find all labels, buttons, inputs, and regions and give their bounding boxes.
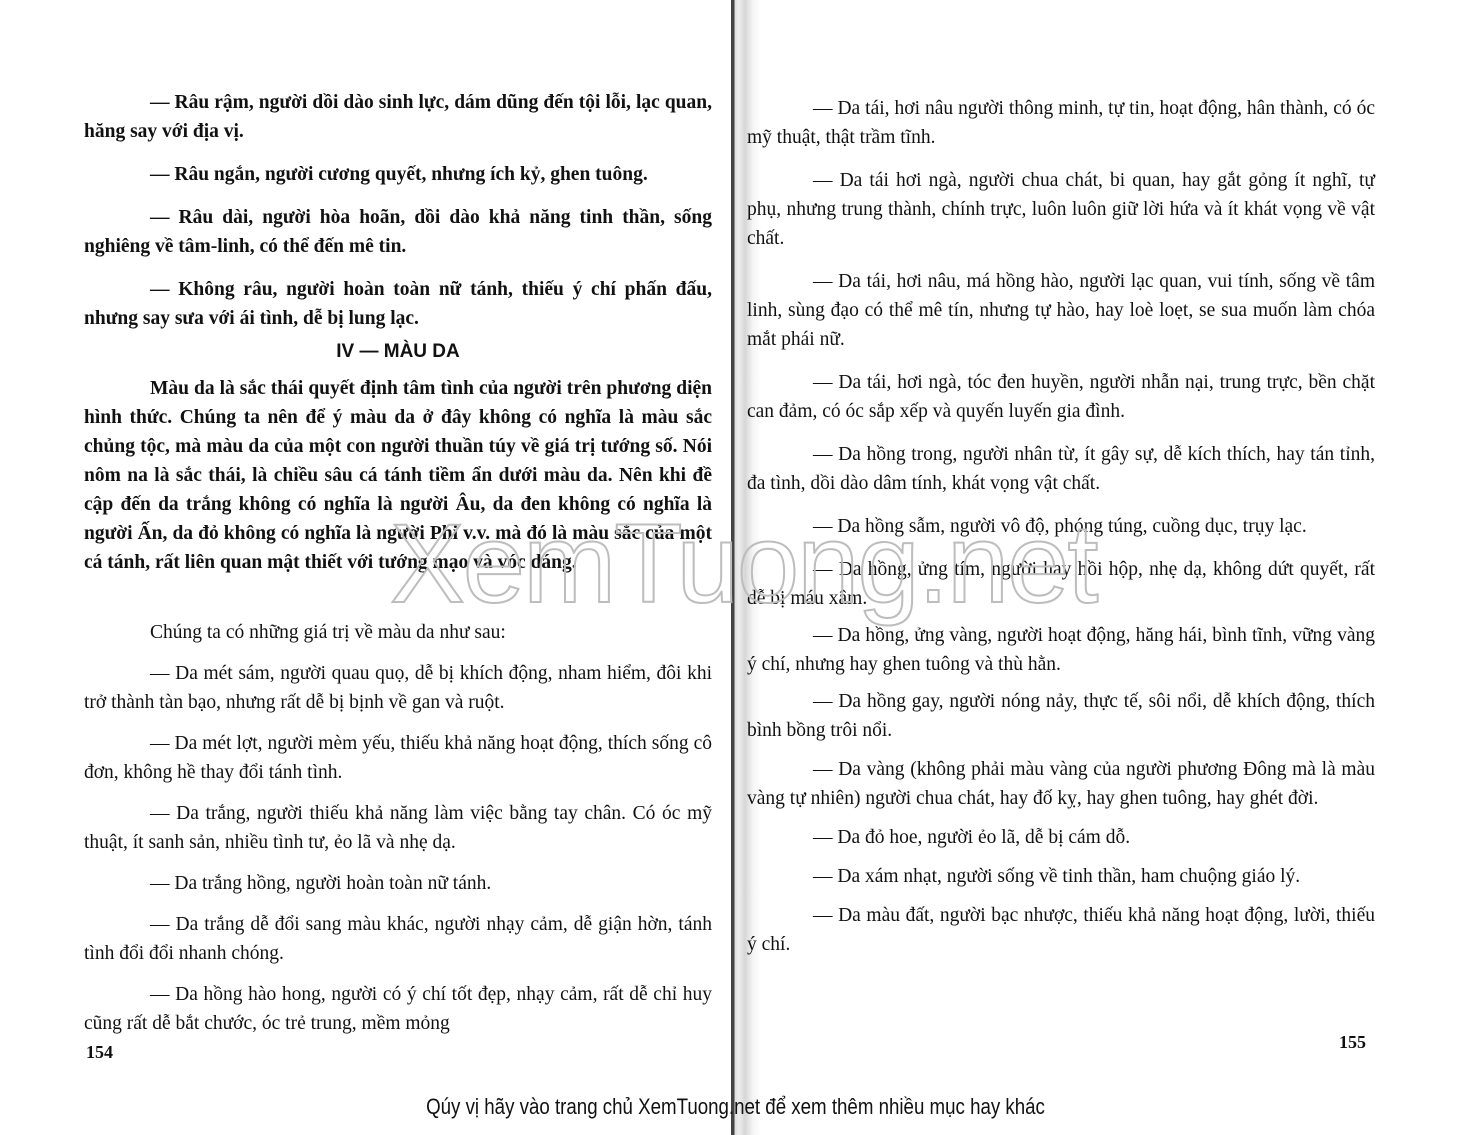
skin-item: — Da vàng (không phải màu vàng của người… <box>747 755 1375 813</box>
left-page: — Râu rậm, người dồi dào sinh lực, dám d… <box>0 0 735 1090</box>
page-number: 154 <box>86 1042 113 1063</box>
footer-banner: Qúy vị hãy vào trang chủ XemTuong.net để… <box>110 1094 1360 1120</box>
skin-item: — Da tái, hơi nâu, má hồng hào, người lạ… <box>747 267 1375 354</box>
skin-item: — Da tái, hơi ngà, tóc đen huyền, người … <box>747 368 1375 426</box>
skin-item: — Da hồng sẫm, người vô độ, phóng túng, … <box>747 512 1375 541</box>
left-page-skin-list: Chúng ta có những giá trị về màu da như … <box>84 618 712 1038</box>
beard-item: — Râu dài, người hòa hoãn, dồi dào khả n… <box>84 203 712 261</box>
skin-item: — Da hồng, ửng vàng, người hoạt động, hă… <box>747 621 1375 679</box>
skin-item: — Da hồng gay, người nóng nảy, thực tế, … <box>747 687 1375 745</box>
list-intro: Chúng ta có những giá trị về màu da như … <box>84 618 712 647</box>
beard-item: — Râu rậm, người dồi dào sinh lực, dám d… <box>84 88 712 146</box>
skin-item: — Da tái hơi ngà, người chua chát, bi qu… <box>747 166 1375 253</box>
section-intro: Màu da là sắc thái quyết định tâm tình c… <box>84 374 712 577</box>
skin-item: — Da hồng, ửng tím, người hay hồi hộp, n… <box>747 555 1375 613</box>
footer-text: Qúy vị hãy vào trang chủ <box>426 1094 638 1119</box>
footer-site-link[interactable]: XemTuong.net <box>638 1094 760 1119</box>
skin-item: — Da tái, hơi nâu người thông minh, tự t… <box>747 94 1375 152</box>
right-page-skin-list: — Da tái, hơi nâu người thông minh, tự t… <box>747 94 1375 959</box>
beard-item: — Râu ngắn, người cương quyết, nhưng ích… <box>84 160 712 189</box>
skin-item: — Da trắng, người thiếu khả năng làm việ… <box>84 799 712 857</box>
page-number: 155 <box>1339 1032 1366 1053</box>
skin-item: — Da hồng hào hong, người có ý chí tốt đ… <box>84 980 712 1038</box>
skin-item: — Da hồng trong, người nhân từ, ít gây s… <box>747 440 1375 498</box>
beard-item: — Không râu, người hoàn toàn nữ tánh, th… <box>84 275 712 333</box>
skin-item: — Da mét lợt, người mèm yếu, thiếu khả n… <box>84 729 712 787</box>
skin-item: — Da đỏ hoe, người ẻo lã, dễ bị cám dỗ. <box>747 823 1375 852</box>
section-heading: IV — MÀU DA <box>84 337 712 366</box>
footer-text: để xem thêm nhiều mục hay khác <box>760 1094 1045 1119</box>
skin-item: — Da trắng dễ đổi sang màu khác, người n… <box>84 910 712 968</box>
right-page: — Da tái, hơi nâu người thông minh, tự t… <box>735 0 1471 1090</box>
skin-item: — Da xám nhạt, người sống về tinh thần, … <box>747 862 1375 891</box>
skin-item: — Da màu đất, người bạc nhược, thiếu khả… <box>747 901 1375 959</box>
skin-item: — Da mét sám, người quau quọ, dễ bị khíc… <box>84 659 712 717</box>
left-page-body: — Râu rậm, người dồi dào sinh lực, dám d… <box>84 88 712 589</box>
skin-item: — Da trắng hồng, người hoàn toàn nữ tánh… <box>84 869 712 898</box>
